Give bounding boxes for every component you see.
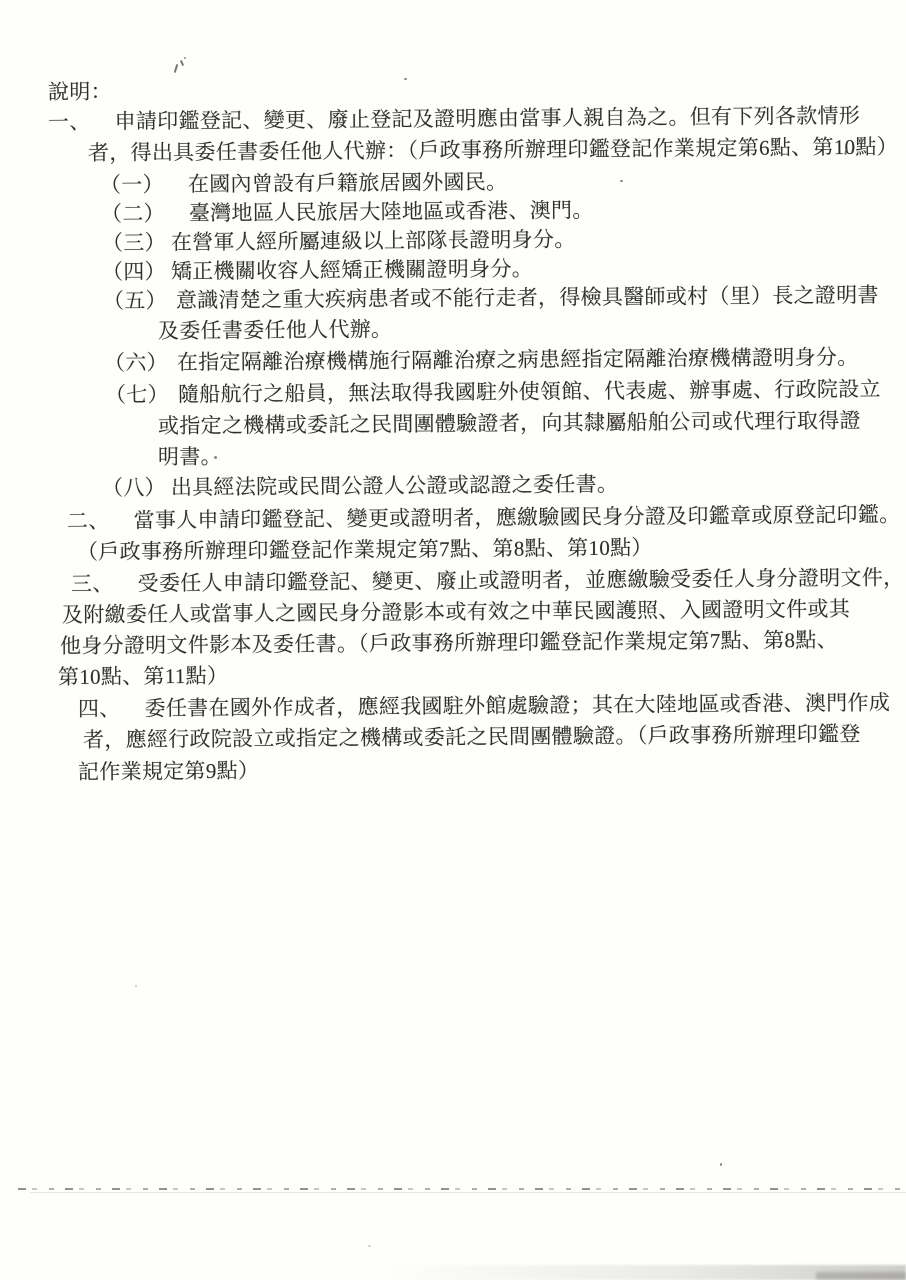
heading-text: 說明： <box>48 79 112 104</box>
item-1-line-2: 者，得出具委任書委任他人代辦：（戶政事務所辦理印鑑登記作業規定第6點、第10點） <box>88 135 898 165</box>
item-2-text-1: 當事人申請印鑑登記、變更或證明者，應繳驗國民身分證及印鑑章或原登記印鑑。 <box>134 502 901 532</box>
subitem-2: （二）臺灣地區人民旅居大陸地區或香港、澳門。 <box>101 198 594 226</box>
item-4-line-1: 四、委任書在國外作成者，應經我國駐外館處驗證；其在大陸地區或香港、澳門作成 <box>78 691 890 721</box>
scan-speck <box>135 985 137 987</box>
subitem-8-number: （八） <box>102 475 166 500</box>
subitem-7-text-1: 隨船航行之船員，無法取得我國駐外使領館、代表處、辦事處、行政院設立 <box>178 377 881 407</box>
subitem-2-number: （二） <box>101 201 165 226</box>
subitem-4: （四）矯正機關收容人經矯正機關證明身分。 <box>102 257 533 284</box>
subitem-7-text-3: 明書。 <box>158 444 222 469</box>
item-4-line-2: 者，應經行政院設立或指定之機構或委託之民間團體驗證。（戶政事務所辦理印鑑登 <box>83 722 861 752</box>
item-4-text-2: 者，應經行政院設立或指定之機構或委託之民間團體驗證。（戶政事務所辦理印鑑登 <box>83 722 861 752</box>
scan-speck <box>620 180 623 182</box>
item-2-text-2: （戶政事務所辦理印鑑登記作業規定第7點、第8點、第10點） <box>77 535 653 564</box>
item-2-line-1: 二、當事人申請印鑑登記、變更或證明者，應繳驗國民身分證及印鑑章或原登記印鑑。 <box>67 502 901 533</box>
subitem-7-line-3: 明書。 <box>158 444 222 469</box>
scan-shadow-corner <box>816 1272 906 1280</box>
item-4-line-3: 記作業規定第9點） <box>78 759 259 784</box>
item-3-line-2: 及附繳委任人或當事人之國民身分證影本或有效之中華民國護照、入國證明文件或其 <box>62 597 850 627</box>
subitem-7-line-2: 或指定之機構或委託之民間團體驗證者，向其隸屬船舶公司或代理行取得證 <box>158 408 861 438</box>
scan-speck <box>180 60 184 66</box>
item-1-text-2: 者，得出具委任書委任他人代辦：（戶政事務所辦理印鑑登記作業規定第6點、第10點） <box>88 135 898 165</box>
subitem-7-number: （七） <box>105 382 169 407</box>
subitem-6: （六）在指定隔離治療機構施行隔離治療之病患經指定隔離治療機構證明身分。 <box>104 345 859 375</box>
item-1-text-1: 申請印鑑登記、變更、廢止登記及證明應由當事人親自為之。但有下列各款情形 <box>115 104 861 134</box>
subitem-1-text: 在國內曾設有戶籍旅居國外國民。 <box>188 170 508 197</box>
subitem-2-text: 臺灣地區人民旅居大陸地區或香港、澳門。 <box>189 198 594 225</box>
item-3-line-3: 他身分證明文件影本及委任書。（戶政事務所辦理印鑑登記作業規定第7點、第8點、 <box>60 628 838 658</box>
subitem-6-number: （六） <box>104 350 168 375</box>
subitem-5-line-2: 及委任書委任他人代辦。 <box>158 317 392 343</box>
subitem-5-text-2: 及委任書委任他人代辦。 <box>158 317 392 343</box>
scan-speck <box>515 637 517 639</box>
scan-speck <box>404 78 407 80</box>
item-3-text-2: 及附繳委任人或當事人之國民身分證影本或有效之中華民國護照、入國證明文件或其 <box>62 597 850 627</box>
scanned-document-page: 說明： 一、申請印鑑登記、變更、廢止登記及證明應由當事人親自為之。但有下列各款情… <box>0 0 906 1280</box>
subitem-1: （一）在國內曾設有戶籍旅居國外國民。 <box>100 170 508 197</box>
item-3-text-3: 他身分證明文件影本及委任書。（戶政事務所辦理印鑑登記作業規定第7點、第8點、 <box>60 628 838 658</box>
scan-fold-line-echo <box>30 1192 906 1193</box>
document-heading: 說明： <box>48 79 112 104</box>
item-3-number: 三、 <box>71 572 114 596</box>
subitem-7-text-2: 或指定之機構或委託之民間團體驗證者，向其隸屬船舶公司或代理行取得證 <box>158 408 861 438</box>
subitem-3-text: 在營軍人經所屬連級以上部隊長證明身分。 <box>171 227 576 254</box>
item-2-line-2: （戶政事務所辦理印鑑登記作業規定第7點、第8點、第10點） <box>77 535 653 564</box>
subitem-7-line-1: （七）隨船航行之船員，無法取得我國駐外使領館、代表處、辦事處、行政院設立 <box>105 377 881 407</box>
item-3-text-1: 受委任人申請印鑑登記、變更、廢止或證明者，並應繳驗受委任人身分證明文件， <box>138 565 905 595</box>
item-4-text-3: 記作業規定第9點） <box>78 759 259 784</box>
item-3-line-4: 第10點、第11點） <box>58 664 228 689</box>
item-1-line-1: 一、申請印鑑登記、變更、廢止登記及證明應由當事人親自為之。但有下列各款情形 <box>48 104 860 134</box>
subitem-5-line-1: （五）意識清楚之重大疾病患者或不能行走者，得檢具醫師或村（里）長之證明書 <box>103 283 879 313</box>
scan-speck <box>174 64 179 73</box>
item-4-number: 四、 <box>78 697 121 721</box>
scan-speck <box>368 1245 371 1247</box>
item-3-line-1: 三、受委任人申請印鑑登記、變更、廢止或證明者，並應繳驗受委任人身分證明文件， <box>71 565 905 596</box>
subitem-4-text: 矯正機關收容人經矯正機關證明身分。 <box>171 257 533 284</box>
item-3-text-4: 第10點、第11點） <box>58 664 228 689</box>
item-4-text-1: 委任書在國外作成者，應經我國駐外館處驗證；其在大陸地區或香港、澳門作成 <box>145 691 891 721</box>
scan-fold-dashed-line <box>18 1188 902 1190</box>
scan-speck <box>184 57 186 59</box>
subitem-8: （八）出具經法院或民間公證人公證或認證之委任書。 <box>102 472 618 500</box>
subitem-8-text: 出具經法院或民間公證人公證或認證之委任書。 <box>171 472 618 500</box>
subitem-3: （三）在營軍人經所屬連級以上部隊長證明身分。 <box>102 227 576 255</box>
subitem-5-number: （五） <box>103 288 167 313</box>
scan-speck <box>214 456 217 459</box>
subitem-1-number: （一） <box>100 172 164 197</box>
subitem-6-text: 在指定隔離治療機構施行隔離治療之病患經指定隔離治療機構證明身分。 <box>177 345 859 374</box>
subitem-4-number: （四） <box>102 259 166 284</box>
subitem-5-text-1: 意識清楚之重大疾病患者或不能行走者，得檢具醫師或村（里）長之證明書 <box>176 283 879 313</box>
item-2-number: 二、 <box>67 509 110 533</box>
item-1-number: 一、 <box>48 110 91 134</box>
subitem-3-number: （三） <box>102 230 166 255</box>
scan-speck <box>720 1163 722 1166</box>
